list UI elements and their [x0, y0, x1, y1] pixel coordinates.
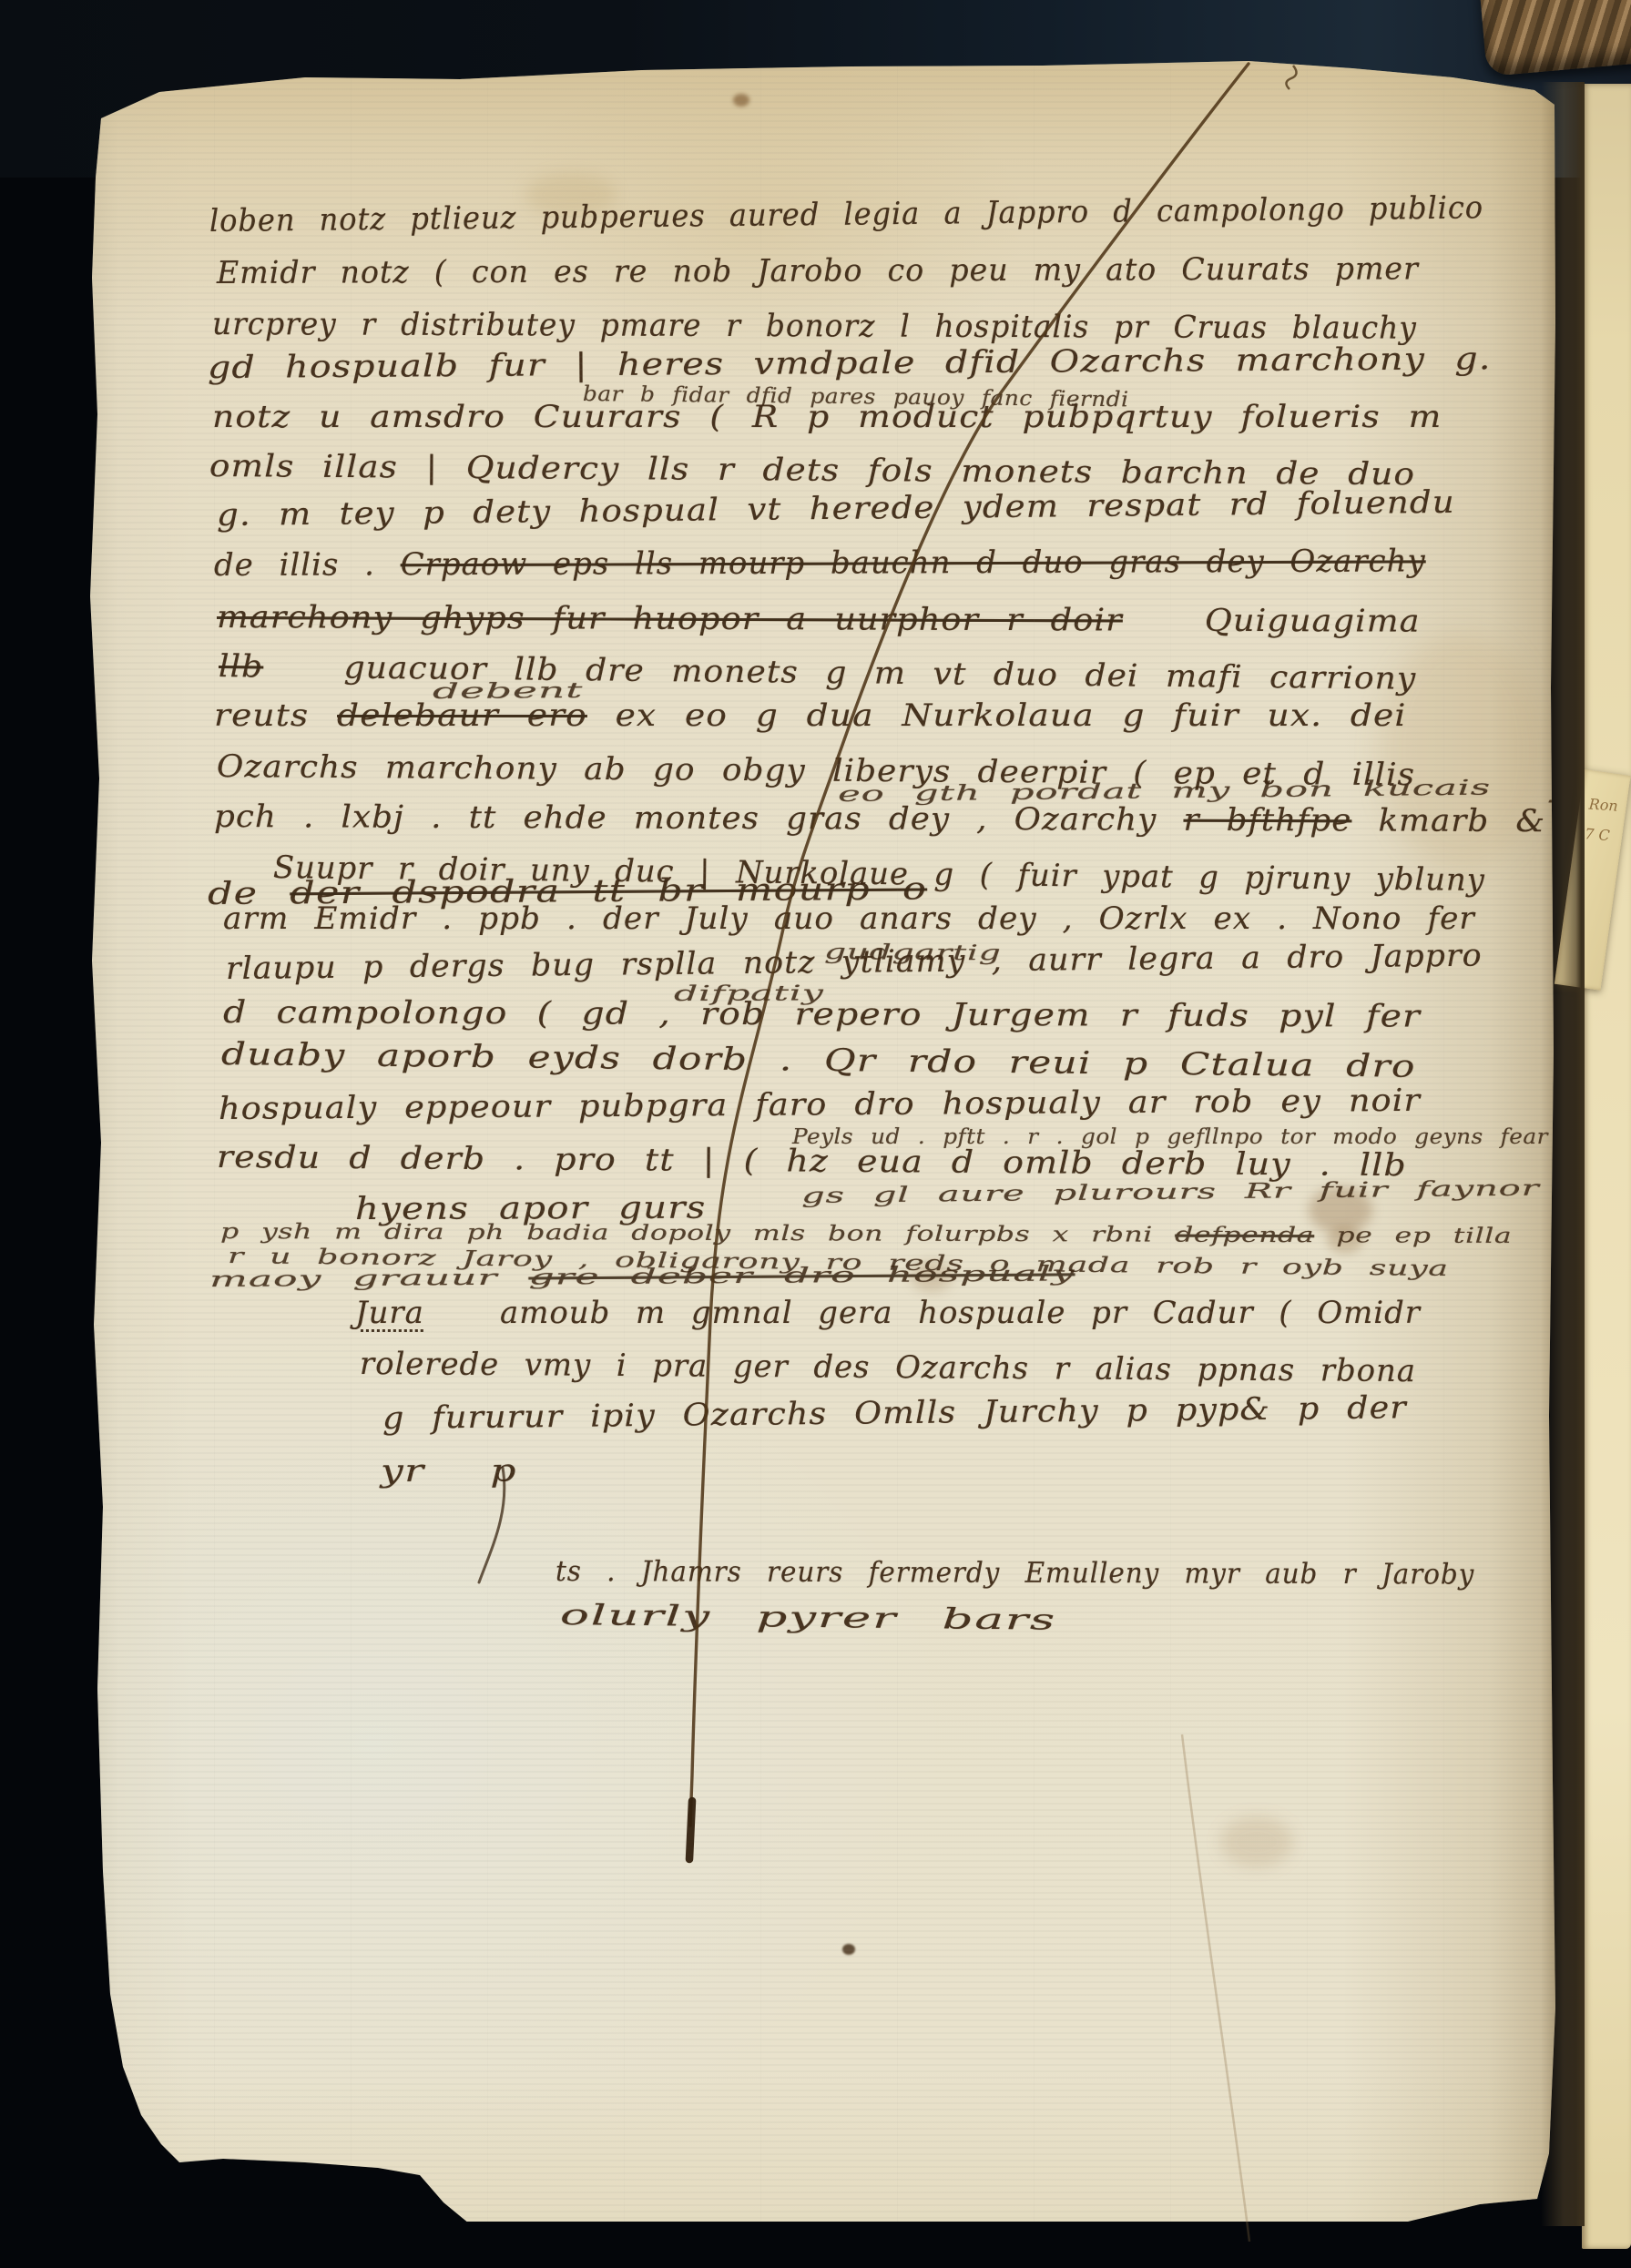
- struck-text: Crpaow eps lls mourp bauchn d duo gras d…: [401, 543, 1426, 583]
- manuscript-line: g fururur ipiy Ozarchs Omlls Jurchy p py…: [382, 1389, 1407, 1437]
- handwritten-text: Quiguagima: [1123, 602, 1421, 639]
- handwritten-text: gs gl aure plurours Rr fuir faynor: [801, 1177, 1540, 1208]
- manuscript-line: Emidr notz ( con es re nob Jarobo co peu…: [217, 250, 1419, 291]
- manuscript-line: urcprey r distributey pmare r bonorz l h…: [212, 306, 1417, 347]
- slip-text-line: Ron: [1588, 795, 1626, 815]
- manuscript-line: duaby aporb eyds dorb . Qr rdo reui p Ct…: [221, 1036, 1416, 1085]
- binding-strap: [1479, 0, 1631, 76]
- underlying-page-edge: [1582, 84, 1631, 2249]
- manuscript-line: rlaupu p dergs bug rsplla notz ytliamy ,…: [226, 937, 1483, 986]
- handwritten-text: pe ep tilla: [1314, 1225, 1512, 1249]
- handwritten-text: notz u amsdro Cuurars ( R p moduct pubpq…: [212, 399, 1442, 435]
- handwritten-text: pch . lxbj . tt ehde montes gras dey , O…: [214, 798, 1184, 839]
- slip-text-line: 7 C: [1585, 825, 1623, 845]
- struck-text: defpenda: [1175, 1224, 1314, 1248]
- handwritten-text: olurly pyrer bars: [560, 1599, 1056, 1637]
- manuscript-line: notz u amsdro Cuurars ( R p moduct pubpq…: [212, 399, 1442, 435]
- handwritten-text: Emidr notz ( con es re nob Jarobo co peu…: [217, 250, 1419, 291]
- handwritten-text: g. m tey p dety hospual vt herede ydem r…: [217, 483, 1455, 533]
- manuscript-page: loben notz ptlieuz pubperues aured legia…: [77, 50, 1557, 2222]
- struck-text: r bfthfpe: [1183, 801, 1351, 839]
- handwritten-text: Jura: [355, 1295, 424, 1331]
- struck-text: delebaur ero: [337, 697, 587, 734]
- manuscript-line: reuts delebaur ero ex eo g dua Nurkolaua…: [214, 697, 1407, 734]
- handwritten-text: rlaupu p dergs bug rsplla notz ytliamy ,…: [226, 937, 1483, 986]
- manuscript-line: pch . lxbj . tt ehde montes gras dey , O…: [214, 798, 1545, 839]
- manuscript-line: Jura amoub m gmnal gera hospuale pr Cadu…: [355, 1295, 1421, 1331]
- handwritten-text: loben notz ptlieuz pubperues aured legia…: [209, 189, 1483, 239]
- struck-text: llb: [219, 648, 264, 686]
- handwritten-text: amoub m gmnal gera hospuale pr Cadur ( O…: [424, 1295, 1421, 1331]
- manuscript-line: arm Emidr . ppb . der July auo anars dey…: [223, 900, 1475, 937]
- manuscript-line: ts . Jhamrs reurs fermerdy Emulleny myr …: [556, 1555, 1474, 1592]
- struck-text: gre deber dro hospualy: [528, 1263, 1075, 1290]
- manuscript-line: gd hospualb fur | heres vmdpale dfid Oza…: [208, 341, 1492, 386]
- struck-text: marchony ghyps fur huopor a uurphor r do…: [217, 599, 1123, 638]
- manuscript-line: rolerede vmy i pra ger des Ozarchs r ali…: [360, 1346, 1416, 1389]
- manuscript-line: resdu d derb . pro tt | ( hz eua d omlb …: [217, 1139, 1407, 1184]
- manuscript-line: p ysh m dira ph badia dopoly mls bon fol…: [220, 1220, 1512, 1248]
- handwritten-text-block: loben notz ptlieuz pubperues aured legia…: [77, 50, 1557, 2222]
- handwritten-text: ex eo g dua Nurkolaua g fuir ux. dei: [587, 697, 1407, 734]
- manuscript-line: g. m tey p dety hospual vt herede ydem r…: [217, 483, 1455, 533]
- manuscript-photograph: Ron 7 C loben notz ptlieuz pubperues aur…: [0, 0, 1631, 2268]
- handwritten-text: reuts: [214, 697, 337, 734]
- manuscript-line: hospualy eppeour pubpgra faro dro hospua…: [219, 1082, 1421, 1126]
- handwritten-text: p ysh m dira ph badia dopoly mls bon fol…: [220, 1220, 1175, 1247]
- handwritten-text: urcprey r distributey pmare r bonorz l h…: [212, 306, 1417, 347]
- handwritten-text: maoy grauur: [209, 1266, 529, 1292]
- manuscript-line: loben notz ptlieuz pubperues aured legia…: [209, 189, 1483, 239]
- handwritten-text: yr p: [381, 1452, 517, 1490]
- manuscript-line: marchony ghyps fur huopor a uurphor r do…: [217, 599, 1421, 640]
- manuscript-line: d campolongo ( gd , rob repero Jurgem r …: [223, 994, 1421, 1035]
- handwritten-text: de illis .: [214, 546, 401, 584]
- handwritten-text: arm Emidr . ppb . der July auo anars dey…: [223, 900, 1475, 937]
- manuscript-line: gs gl aure plurours Rr fuir faynor: [801, 1177, 1540, 1208]
- handwritten-text: g fururur ipiy Ozarchs Omlls Jurchy p py…: [382, 1389, 1407, 1437]
- manuscript-line: yr p: [381, 1452, 517, 1490]
- book-gutter-shadow: [1541, 82, 1585, 2226]
- handwritten-text: kmarb &: [1351, 802, 1545, 839]
- handwritten-text: gd hospualb fur | heres vmdpale dfid Oza…: [208, 341, 1492, 386]
- handwritten-text: hospualy eppeour pubpgra faro dro hospua…: [219, 1082, 1421, 1126]
- manuscript-line: llb guacuor llb dre monets g m vt duo de…: [219, 648, 1417, 697]
- handwritten-text: d campolongo ( gd , rob repero Jurgem r …: [223, 994, 1421, 1035]
- handwritten-text: rolerede vmy i pra ger des Ozarchs r ali…: [360, 1346, 1416, 1389]
- handwritten-text: resdu d derb . pro tt | ( hz eua d omlb …: [217, 1139, 1407, 1184]
- manuscript-line: maoy grauur gre deber dro hospualy: [209, 1263, 1075, 1293]
- manuscript-line: de illis . Crpaow eps lls mourp bauchn d…: [214, 543, 1426, 584]
- handwritten-text: duaby aporb eyds dorb . Qr rdo reui p Ct…: [221, 1036, 1416, 1085]
- manuscript-line: olurly pyrer bars: [560, 1599, 1056, 1637]
- handwritten-text: ts . Jhamrs reurs fermerdy Emulleny myr …: [556, 1555, 1474, 1592]
